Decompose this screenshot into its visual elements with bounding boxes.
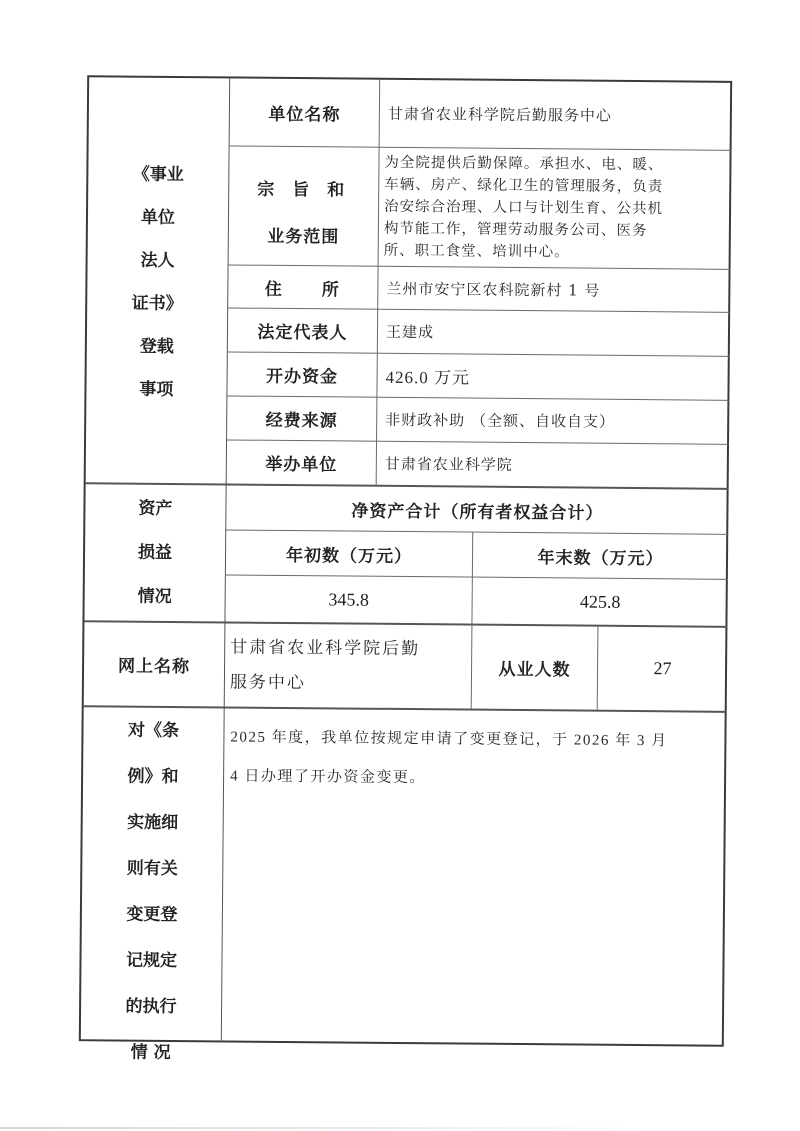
text-line: 治安综合治理、人口与计划生育、公共机 (384, 196, 732, 221)
online-name-label: 网上名称 (84, 622, 225, 706)
text-line: 甘肃省农业科学院后勤 (230, 630, 470, 667)
section-label-line: 的执行 (126, 992, 177, 1017)
section-label-line: 证书》 (132, 289, 183, 314)
address-value: 兰州市安宁区农科院新村 1 号 (378, 267, 730, 312)
section-label-line: 《事业 (133, 160, 184, 185)
assets-section-label: 资产 损益 情况 (85, 493, 226, 607)
online-name-value: 甘肃省农业科学院后勤 服务中心 (230, 630, 471, 702)
text-line: 所、职工食堂、培训中心。 (384, 240, 732, 265)
section-label-line: 情况 (138, 582, 172, 607)
unit-name-label: 单位名称 (230, 78, 380, 146)
section-label-line: 登载 (140, 332, 174, 357)
registered-capital-value: 426.0 万元 (377, 354, 729, 400)
legal-representative-label: 法定代表人 (228, 308, 377, 352)
section-label-line: 则有关 (127, 854, 178, 879)
section-label-line: 损益 (138, 538, 172, 563)
section-label-line: 资产 (138, 494, 172, 519)
label-line: 业务范围 (267, 222, 339, 248)
legal-representative-value: 王建成 (378, 310, 730, 356)
text-line: 4 日办理了开办资金变更。 (230, 757, 722, 800)
scan-edge-line (0, 1127, 640, 1129)
label-line: 宗 旨 和 (257, 175, 350, 201)
end-year-value: 425.8 (472, 578, 727, 626)
registered-capital-label: 开办资金 (227, 352, 376, 396)
registration-section-label: 《事业 单位 法人 证书》 登载 事项 (86, 159, 228, 400)
section-label-line: 情 况 (131, 1038, 171, 1063)
employees-value: 27 (598, 627, 728, 711)
registration-form-table: 《事业 单位 法人 证书》 登载 事项 单位名称 甘肃省农业科学院后勤服务中心 … (79, 75, 732, 1047)
text-line: 车辆、房产、绿化卫生的管理服务，负责 (384, 174, 732, 199)
section-label-line: 法人 (141, 246, 175, 271)
purpose-scope-value: 为全院提供后勤保障。承担水、电、暖、 车辆、房产、绿化卫生的管理服务，负责 治安… (384, 152, 733, 265)
begin-year-label: 年初数（万元） (226, 530, 472, 576)
document-page: 《事业 单位 法人 证书》 登载 事项 单位名称 甘肃省农业科学院后勤服务中心 … (0, 0, 800, 1131)
section-label-line: 例》和 (128, 762, 179, 787)
section-label-line: 对《条 (128, 716, 179, 741)
sponsor-value: 甘肃省农业科学院 (377, 442, 729, 488)
funding-source-label: 经费来源 (227, 396, 376, 440)
unit-name-value: 甘肃省农业科学院后勤服务中心 (380, 80, 733, 150)
section-label-line: 记规定 (126, 946, 177, 971)
address-label: 住 所 (228, 265, 377, 308)
compliance-text: 2025 年度，我单位按规定申请了变更登记，于 2026 年 3 月 4 日办理… (230, 718, 723, 800)
net-assets-header: 净资产合计（所有者权益合计） (226, 485, 728, 533)
begin-year-value: 345.8 (225, 575, 471, 623)
section-label-line: 单位 (141, 203, 175, 228)
compliance-section-label: 对《条 例》和 实施细 则有关 变更登 记规定 的执行 情 况 (81, 715, 224, 1063)
sponsor-label: 举办单位 (227, 440, 376, 484)
section-label-line: 变更登 (126, 900, 177, 925)
funding-source-value: 非财政补助 （全额、自收自支） (377, 398, 729, 444)
text-line: 为全院提供后勤保障。承担水、电、暖、 (384, 152, 732, 177)
section-label-line: 实施细 (127, 808, 178, 833)
text-line: 2025 年度，我单位按规定申请了变更登记，于 2026 年 3 月 (230, 718, 722, 761)
section-label-line: 事项 (139, 375, 173, 400)
end-year-label: 年末数（万元） (473, 533, 728, 579)
text-line: 构节能工作，管理劳动服务公司、医务 (384, 218, 732, 243)
text-line: 服务中心 (230, 665, 470, 702)
employees-label: 从业人数 (472, 626, 598, 710)
purpose-scope-label: 宗 旨 和 业务范围 (229, 174, 379, 247)
